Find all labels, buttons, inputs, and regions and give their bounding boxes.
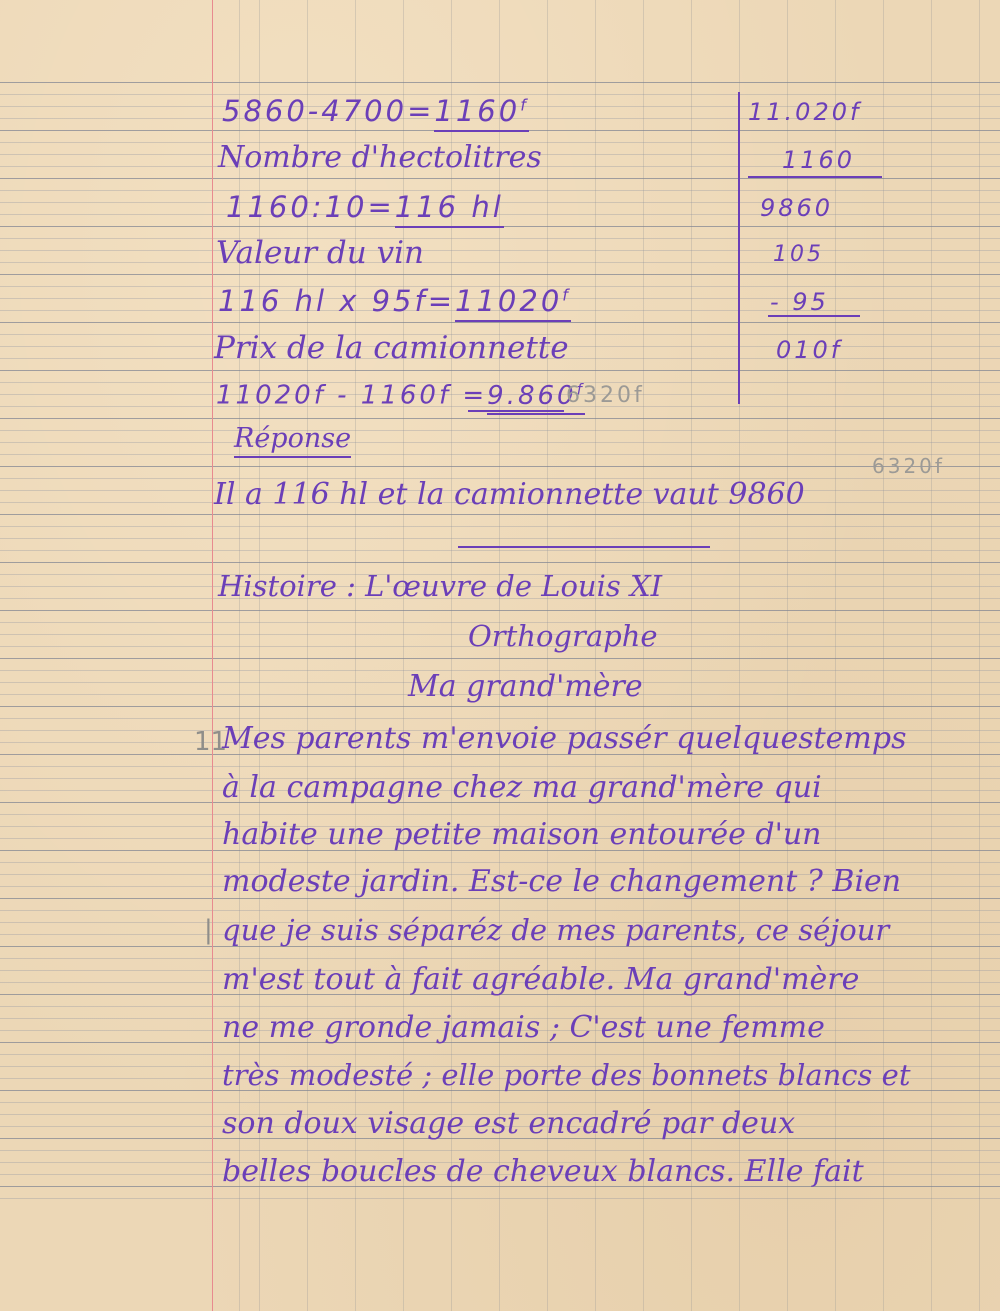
math-result: 116 hl xyxy=(395,190,504,228)
pencil-correction-result: 6320f xyxy=(566,385,645,407)
dictation-line: à la campagne chez ma grand'mère qui xyxy=(222,773,822,803)
dictation-line: son doux visage est encadré par deux xyxy=(222,1109,795,1139)
side-calc-row: 105 xyxy=(773,244,824,266)
pencil-correction-answer: 6320f xyxy=(872,456,945,476)
math-result-value: 1160 xyxy=(434,94,520,128)
side-calc-row: 010f xyxy=(776,338,842,362)
side-calc-divider xyxy=(738,92,740,404)
math-expression: 5860-4700= xyxy=(222,94,434,128)
notebook-page: 5860-4700=1160f Nombre d'hectolitres 116… xyxy=(0,0,1000,1311)
unit-franc: f xyxy=(562,285,571,304)
answer-sentence: Il a 116 hl et la camionnette vaut 9860 xyxy=(214,480,805,510)
red-margin-line xyxy=(212,0,213,1311)
math-expression: 116 hl x 95f= xyxy=(218,284,455,318)
math-line-final-subtraction: 11020f - 1160f =9.860f xyxy=(216,382,585,409)
math-result: 1160f xyxy=(434,94,528,132)
unit-franc: f xyxy=(520,95,529,114)
margin-mark-tick: | xyxy=(204,915,213,945)
section-divider xyxy=(458,546,710,548)
side-calc-row: - 95 xyxy=(770,290,829,314)
dictation-line: que je suis séparéz de mes parents, ce s… xyxy=(222,916,889,945)
dictation-line: habite une petite maison entourée d'un xyxy=(222,820,821,850)
math-line-division: 1160:10=116 hl xyxy=(226,193,504,222)
dictation-line: belles boucles de cheveux blancs. Elle f… xyxy=(222,1157,864,1187)
dictation-line: ne me gronde jamais ; C'est une femme xyxy=(222,1013,825,1043)
dictation-line: très modesté ; elle porte des bonnets bl… xyxy=(222,1061,910,1090)
math-line-subtraction: 5860-4700=1160f xyxy=(222,97,529,126)
dictation-line: m'est tout à fait agréable. Ma grand'mèr… xyxy=(222,965,859,995)
math-expression: 1160:10= xyxy=(226,190,395,224)
math-result-value: 9.860 xyxy=(487,381,576,411)
label-nombre-hectolitres: Nombre d'hectolitres xyxy=(218,143,542,173)
dictation-line: Mes parents m'envoie passér quelquestemp… xyxy=(222,724,906,754)
side-calc-row: 9860 xyxy=(760,196,833,220)
side-calc-row: 11.020f xyxy=(748,100,861,124)
dictation-title: Ma grand'mère xyxy=(408,672,643,702)
side-calc-rule xyxy=(748,176,882,178)
math-expression: 11020f - 1160f = xyxy=(216,381,487,411)
math-result-value: 11020 xyxy=(455,284,562,318)
label-valeur-du-vin: Valeur du vin xyxy=(216,238,424,269)
history-heading: Histoire : L'œuvre de Louis XI xyxy=(218,572,662,601)
math-line-multiplication: 116 hl x 95f=11020f xyxy=(218,287,571,316)
side-calc-rule xyxy=(768,315,860,317)
label-prix-camionnette: Prix de la camionnette xyxy=(214,333,569,364)
answer-heading: Réponse xyxy=(234,425,351,452)
answer-heading-text: Réponse xyxy=(234,423,351,458)
dictation-line: modeste jardin. Est-ce le changement ? B… xyxy=(222,867,901,897)
subject-orthographe: Orthographe xyxy=(468,622,658,651)
side-calc-row: 1160 xyxy=(782,148,855,172)
underline-divider xyxy=(468,410,564,412)
math-result: 11020f xyxy=(455,284,571,322)
